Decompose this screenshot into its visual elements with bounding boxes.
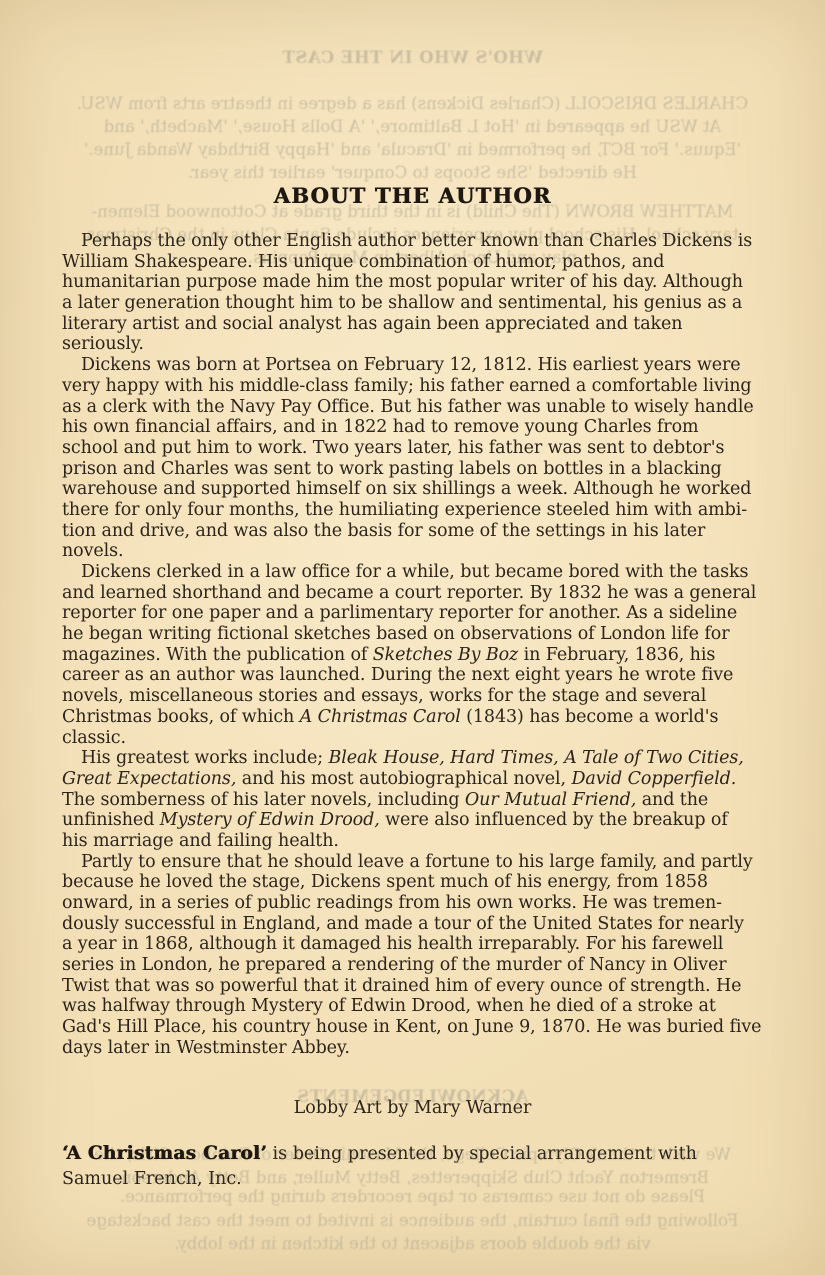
- body-line: was halfway through Mystery of Edwin Dro…: [62, 996, 772, 1017]
- play-title: ‘A Christmas Carol’: [62, 1143, 267, 1164]
- body-line: a year in 1868, although it damaged his …: [62, 934, 772, 955]
- body-line: seriously.: [62, 334, 772, 355]
- body-line: school and put him to work. Two years la…: [62, 438, 772, 459]
- body-line: warehouse and supported himself on six s…: [62, 479, 772, 500]
- body-line: humanitarian purpose made him the most p…: [62, 272, 772, 293]
- arrangement-line-1: ‘A Christmas Carol’ is being presented b…: [62, 1141, 772, 1167]
- body-line: Partly to ensure that he should leave a …: [62, 852, 772, 873]
- article-body: Perhaps the only other English author be…: [62, 231, 772, 1059]
- body-line: unfinished Mystery of Edwin Drood, were …: [62, 810, 772, 831]
- body-line: tion and drive, and was also the basis f…: [62, 521, 772, 542]
- body-line: The somberness of his later novels, incl…: [62, 790, 772, 811]
- body-line: Dickens was born at Portsea on February …: [62, 355, 772, 376]
- body-line: Great Expectations, and his most autobio…: [62, 769, 772, 790]
- body-line: there for only four months, the humiliat…: [62, 500, 772, 521]
- body-line: literary artist and social analyst has a…: [62, 314, 772, 335]
- article: ABOUT THE AUTHOR Perhaps the only other …: [0, 0, 825, 1275]
- body-line: because he loved the stage, Dickens spen…: [62, 872, 772, 893]
- body-line: days later in Westminster Abbey.: [62, 1038, 772, 1059]
- body-line: career as an author was launched. During…: [62, 665, 772, 686]
- body-line: classic.: [62, 728, 772, 749]
- body-line: Christmas books, of which A Christmas Ca…: [62, 707, 772, 728]
- body-line: Twist that was so powerful that it drain…: [62, 976, 772, 997]
- arrangement-text: is being presented by special arrangemen…: [267, 1144, 697, 1164]
- body-line: Gad's Hill Place, his country house in K…: [62, 1017, 772, 1038]
- arrangement-line-2: Samuel French, Inc.: [62, 1167, 772, 1192]
- body-line: His greatest works include; Bleak House,…: [62, 748, 772, 769]
- program-page: WHO'S WHO IN THE CASTCHARLES DRISCOLL (C…: [0, 0, 825, 1275]
- body-line: novels.: [62, 541, 772, 562]
- body-line: Dickens clerked in a law office for a wh…: [62, 562, 772, 583]
- body-line: his marriage and failing health.: [62, 831, 772, 852]
- lobby-art-credit: Lobby Art by Mary Warner: [0, 1098, 825, 1118]
- body-line: dously successful in England, and made a…: [62, 914, 772, 935]
- body-line: William Shakespeare. His unique combinat…: [62, 252, 772, 273]
- body-line: reporter for one paper and a parlimentar…: [62, 603, 772, 624]
- body-line: novels, miscellaneous stories and essays…: [62, 686, 772, 707]
- page-title: ABOUT THE AUTHOR: [0, 183, 825, 208]
- body-line: his own financial affairs, and in 1822 h…: [62, 417, 772, 438]
- body-line: as a clerk with the Navy Pay Office. But…: [62, 397, 772, 418]
- body-line: magazines. With the publication of Sketc…: [62, 645, 772, 666]
- body-line: Perhaps the only other English author be…: [62, 231, 772, 252]
- body-line: series in London, he prepared a renderin…: [62, 955, 772, 976]
- body-line: prison and Charles was sent to work past…: [62, 459, 772, 480]
- body-line: he began writing fictional sketches base…: [62, 624, 772, 645]
- body-line: very happy with his middle-class family;…: [62, 376, 772, 397]
- arrangement-note: ‘A Christmas Carol’ is being presented b…: [62, 1141, 772, 1192]
- body-line: onward, in a series of public readings f…: [62, 893, 772, 914]
- body-line: a later generation thought him to be sha…: [62, 293, 772, 314]
- body-line: and learned shorthand and became a court…: [62, 583, 772, 604]
